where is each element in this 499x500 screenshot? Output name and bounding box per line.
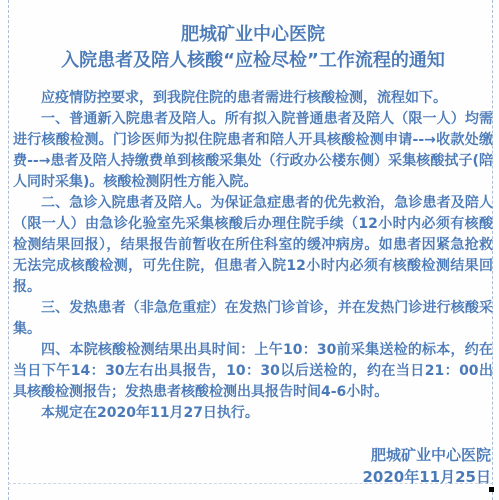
image-resize-handle[interactable] — [489, 487, 494, 492]
signature-date: 2020年11月25日 — [13, 466, 491, 488]
notice-signature: 肥城矿业中心医院 2020年11月25日 — [13, 444, 493, 488]
notice-paragraph-intro: 应疫情防控要求，到我院住院的患者需进行核酸检测，流程如下。 — [13, 88, 493, 109]
notice-paragraph-item1: 一、普通新入院患者及陪人。所有拟入院普通患者及陪人（限一人）均需进行核酸检测。门… — [13, 109, 493, 193]
signature-hospital-name: 肥城矿业中心医院 — [13, 444, 491, 466]
notice-paragraph-item2: 二、急诊入院患者及陪人。为保证急症患者的优先救治，急诊患者及陪人（限一人）由急诊… — [13, 193, 493, 298]
notice-document: 肥城矿业中心医院 入院患者及陪人核酸“应检尽检”工作流程的通知 应疫情防控要求，… — [13, 0, 493, 488]
notice-title-subject: 入院患者及陪人核酸“应检尽检”工作流程的通知 — [13, 48, 493, 74]
notice-body: 应疫情防控要求，到我院住院的患者需进行核酸检测，流程如下。 一、普通新入院患者及… — [13, 88, 493, 424]
notice-paragraph-item3: 三、发热患者（非急危重症）在发热门诊首诊，并在发热门诊进行核酸采集。 — [13, 298, 493, 340]
selection-border-left — [8, 0, 9, 500]
notice-paragraph-item4: 四、本院核酸检测结果出具时间：上午10：30前采集送检的标本，约在当日下午14：… — [13, 340, 493, 403]
notice-title: 肥城矿业中心医院 入院患者及陪人核酸“应检尽检”工作流程的通知 — [13, 0, 493, 74]
notice-page: 肥城矿业中心医院 入院患者及陪人核酸“应检尽检”工作流程的通知 应疫情防控要求，… — [0, 0, 499, 500]
notice-title-hospital: 肥城矿业中心医院 — [13, 22, 493, 48]
notice-paragraph-effective-date: 本规定在2020年11月27日执行。 — [13, 403, 493, 424]
